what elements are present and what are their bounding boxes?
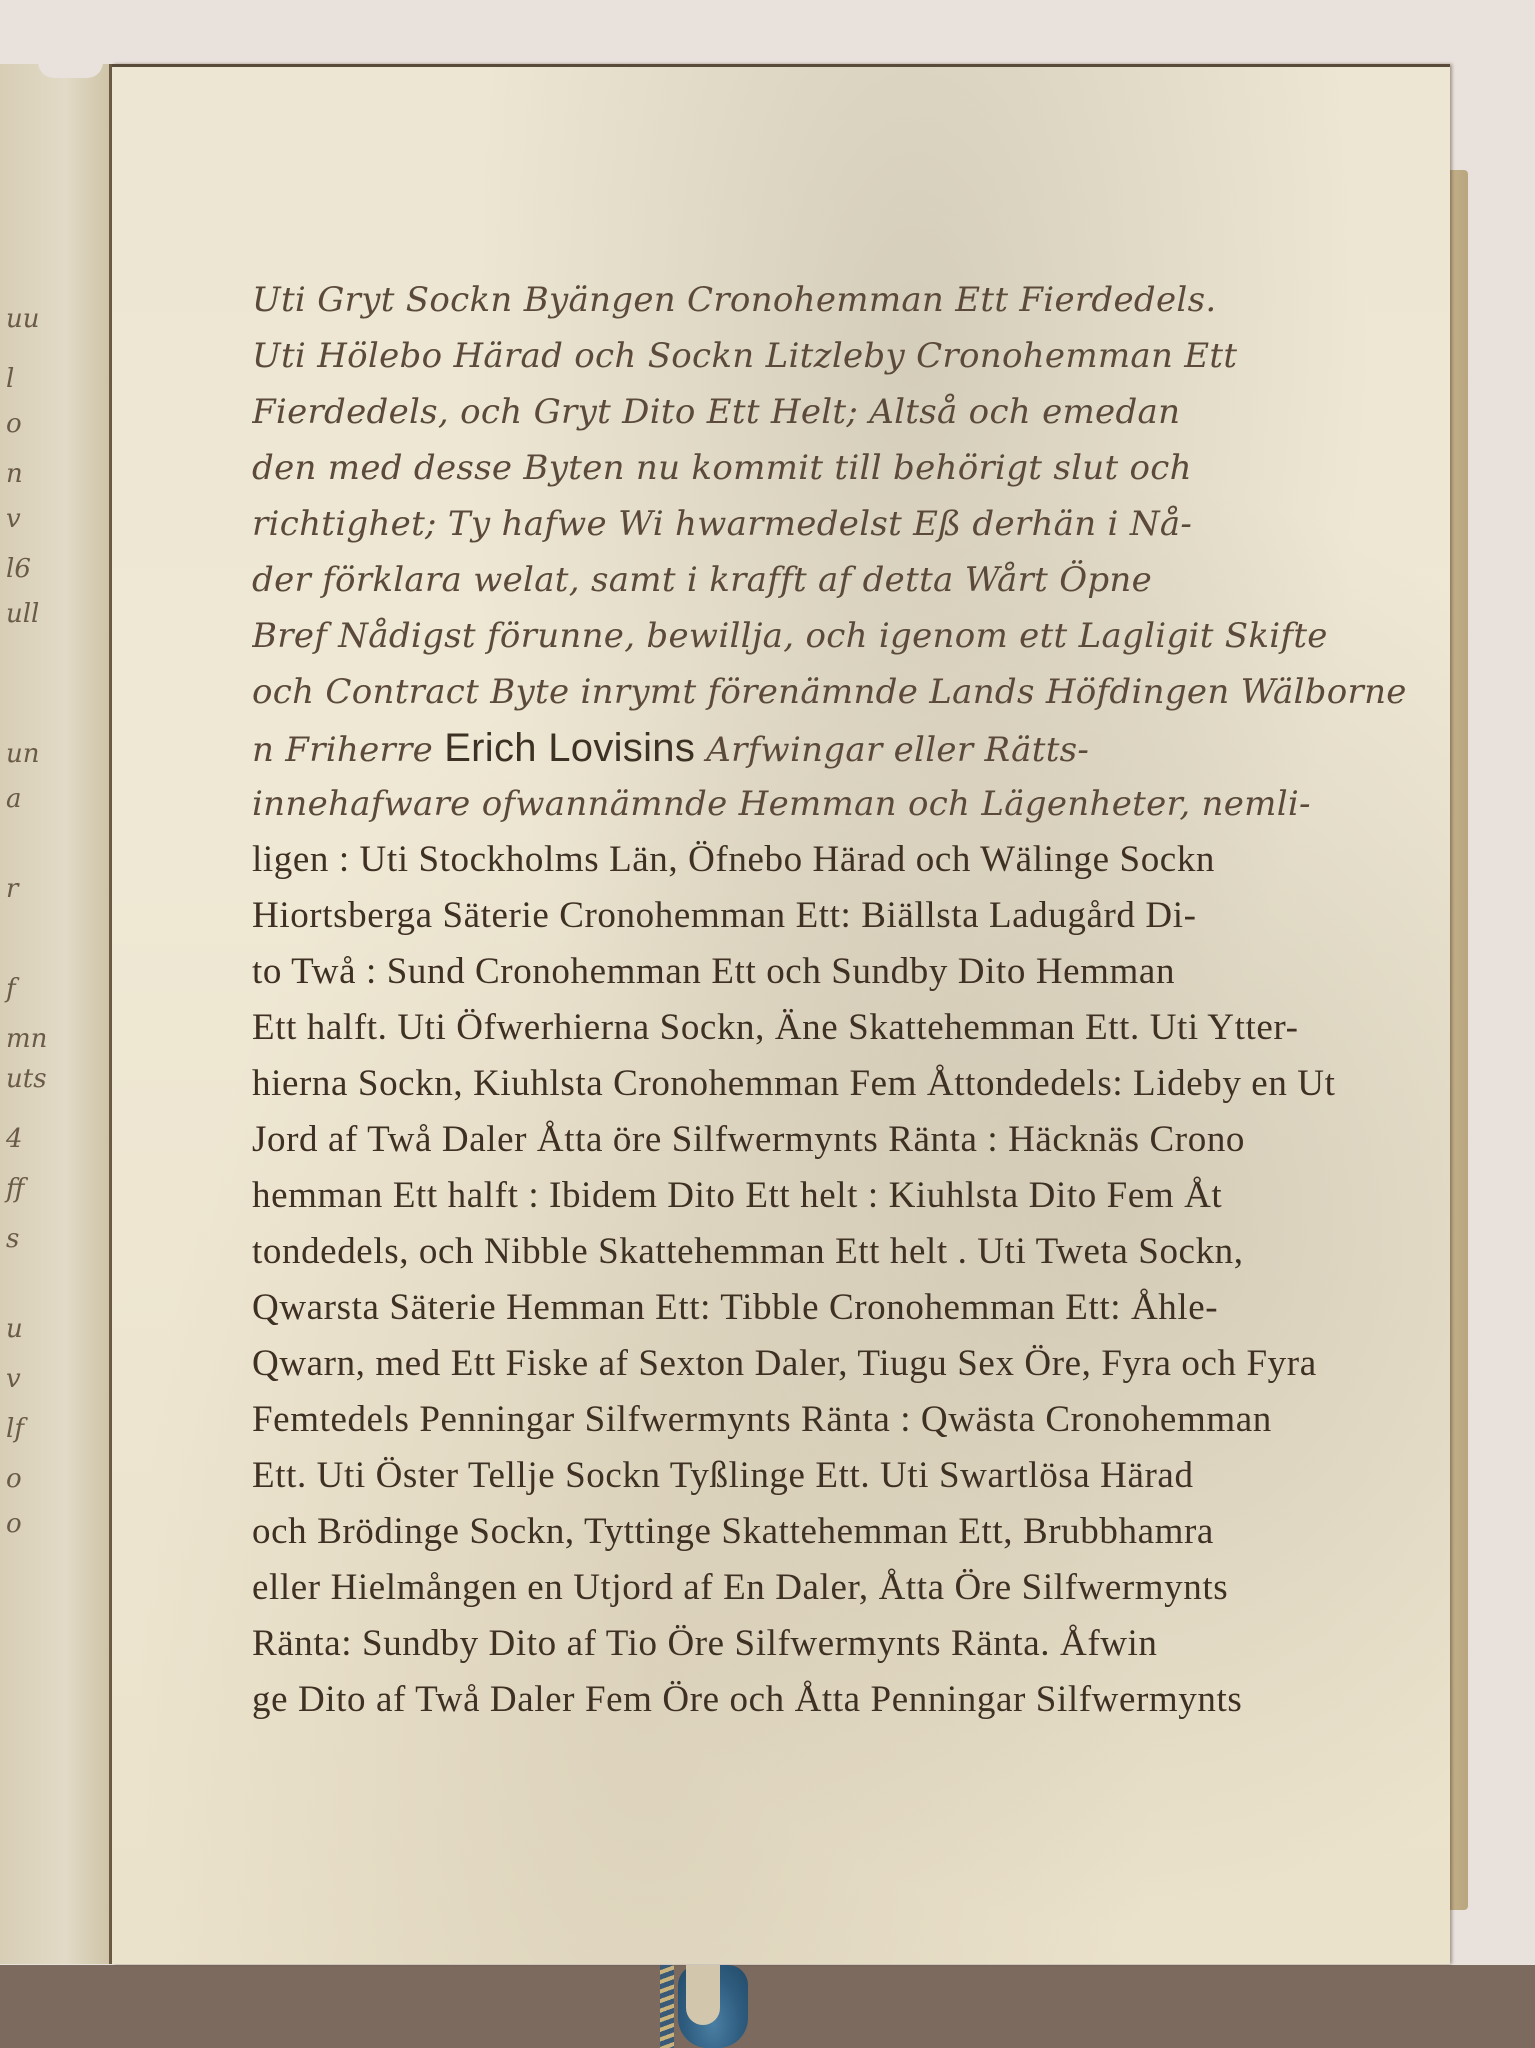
torn-edge xyxy=(38,62,103,78)
ribbon-fold xyxy=(686,1965,720,2025)
text-line: hemman Ett halft : Ibidem Dito Ett helt … xyxy=(252,1168,1462,1224)
margin-fragment: v xyxy=(6,504,21,534)
margin-fragment: uts xyxy=(6,1064,47,1094)
margin-fragment: r xyxy=(6,874,18,904)
margin-fragment: ull xyxy=(6,599,39,629)
text-line: Qwarsta Säterie Hemman Ett: Tibble Crono… xyxy=(252,1280,1462,1336)
text-line: Uti Gryt Sockn Byängen Cronohemman Ett F… xyxy=(252,272,1462,328)
text-line: Bref Nådigst förunne, bewillja, och igen… xyxy=(252,608,1462,664)
text-line: tondedels, och Nibble Skattehemman Ett h… xyxy=(252,1224,1462,1280)
margin-fragment: 4 xyxy=(6,1124,23,1154)
text-line: Femtedels Penningar Silfwermynts Ränta :… xyxy=(252,1392,1462,1448)
text-line: eller Hielmången en Utjord af En Daler, … xyxy=(252,1560,1462,1616)
text-line: Qwarn, med Ett Fiske af Sexton Daler, Ti… xyxy=(252,1336,1462,1392)
margin-fragment: un xyxy=(6,739,40,769)
manuscript-text: Uti Gryt Sockn Byängen Cronohemman Ett F… xyxy=(252,272,1462,1728)
text-line: ligen : Uti Stockholms Län, Öfnebo Härad… xyxy=(252,832,1462,888)
margin-fragment: l6 xyxy=(6,554,31,584)
margin-fragment: n xyxy=(6,459,23,489)
margin-fragment: o xyxy=(6,1509,22,1539)
margin-fragment: mn xyxy=(6,1024,47,1054)
margin-fragment: lf xyxy=(6,1414,24,1444)
text-line: Ett halft. Uti Öfwerhierna Sockn, Äne Sk… xyxy=(252,1000,1462,1056)
text-line: innehafware ofwannämnde Hemman och Lägen… xyxy=(252,776,1462,832)
text-line: n Friherre Erich Lovisins Arfwingar elle… xyxy=(252,720,1462,776)
margin-fragment: f xyxy=(6,974,16,1004)
text-segment: n Friherre xyxy=(252,730,433,770)
text-line: Ett. Uti Öster Tellje Sockn Tyßlinge Ett… xyxy=(252,1448,1462,1504)
text-line: Uti Hölebo Härad och Sockn Litzleby Cron… xyxy=(252,328,1462,384)
text-segment: Arfwingar eller Rätts- xyxy=(706,730,1089,770)
text-line: to Twå : Sund Cronohemman Ett och Sundby… xyxy=(252,944,1462,1000)
margin-fragment: o xyxy=(6,409,22,439)
margin-fragment: ff xyxy=(6,1174,24,1204)
text-line: och Contract Byte inrymt förenämnde Land… xyxy=(252,664,1462,720)
text-line: Hiortsberga Säterie Cronohemman Ett: Biä… xyxy=(252,888,1462,944)
person-name: Erich Lovisins xyxy=(444,726,695,770)
margin-fragment: o xyxy=(6,1464,22,1494)
margin-fragment: l xyxy=(6,364,14,394)
text-line: ge Dito af Twå Daler Fem Öre och Åtta Pe… xyxy=(252,1672,1462,1728)
margin-fragment: a xyxy=(6,784,22,814)
margin-fragment: uu xyxy=(6,304,40,334)
text-line: Jord af Twå Daler Åtta öre Silfwermynts … xyxy=(252,1112,1462,1168)
left-page: uu l o n v l6 ull un a r f mn uts 4 ff s… xyxy=(0,64,112,1964)
text-line: hierna Sockn, Kiuhlsta Cronohemman Fem Å… xyxy=(252,1056,1462,1112)
text-line: den med desse Byten nu kommit till behör… xyxy=(252,440,1462,496)
binding-ribbon xyxy=(660,1965,760,2048)
margin-fragment: v xyxy=(6,1364,21,1394)
text-line: Fierdedels, och Gryt Dito Ett Helt; Alts… xyxy=(252,384,1462,440)
table-surface xyxy=(0,1965,1535,2048)
text-line: Ränta: Sundby Dito af Tio Öre Silfwermyn… xyxy=(252,1616,1462,1672)
twisted-cord xyxy=(660,1965,674,2048)
right-page: Uti Gryt Sockn Byängen Cronohemman Ett F… xyxy=(112,64,1450,1964)
margin-fragment: s xyxy=(6,1224,19,1254)
text-line: och Brödinge Sockn, Tyttinge Skattehemma… xyxy=(252,1504,1462,1560)
text-line: richtighet; Ty hafwe Wi hwarmedelst Eß d… xyxy=(252,496,1462,552)
text-line: der förklara welat, samt i krafft af det… xyxy=(252,552,1462,608)
margin-fragment: u xyxy=(6,1314,23,1344)
